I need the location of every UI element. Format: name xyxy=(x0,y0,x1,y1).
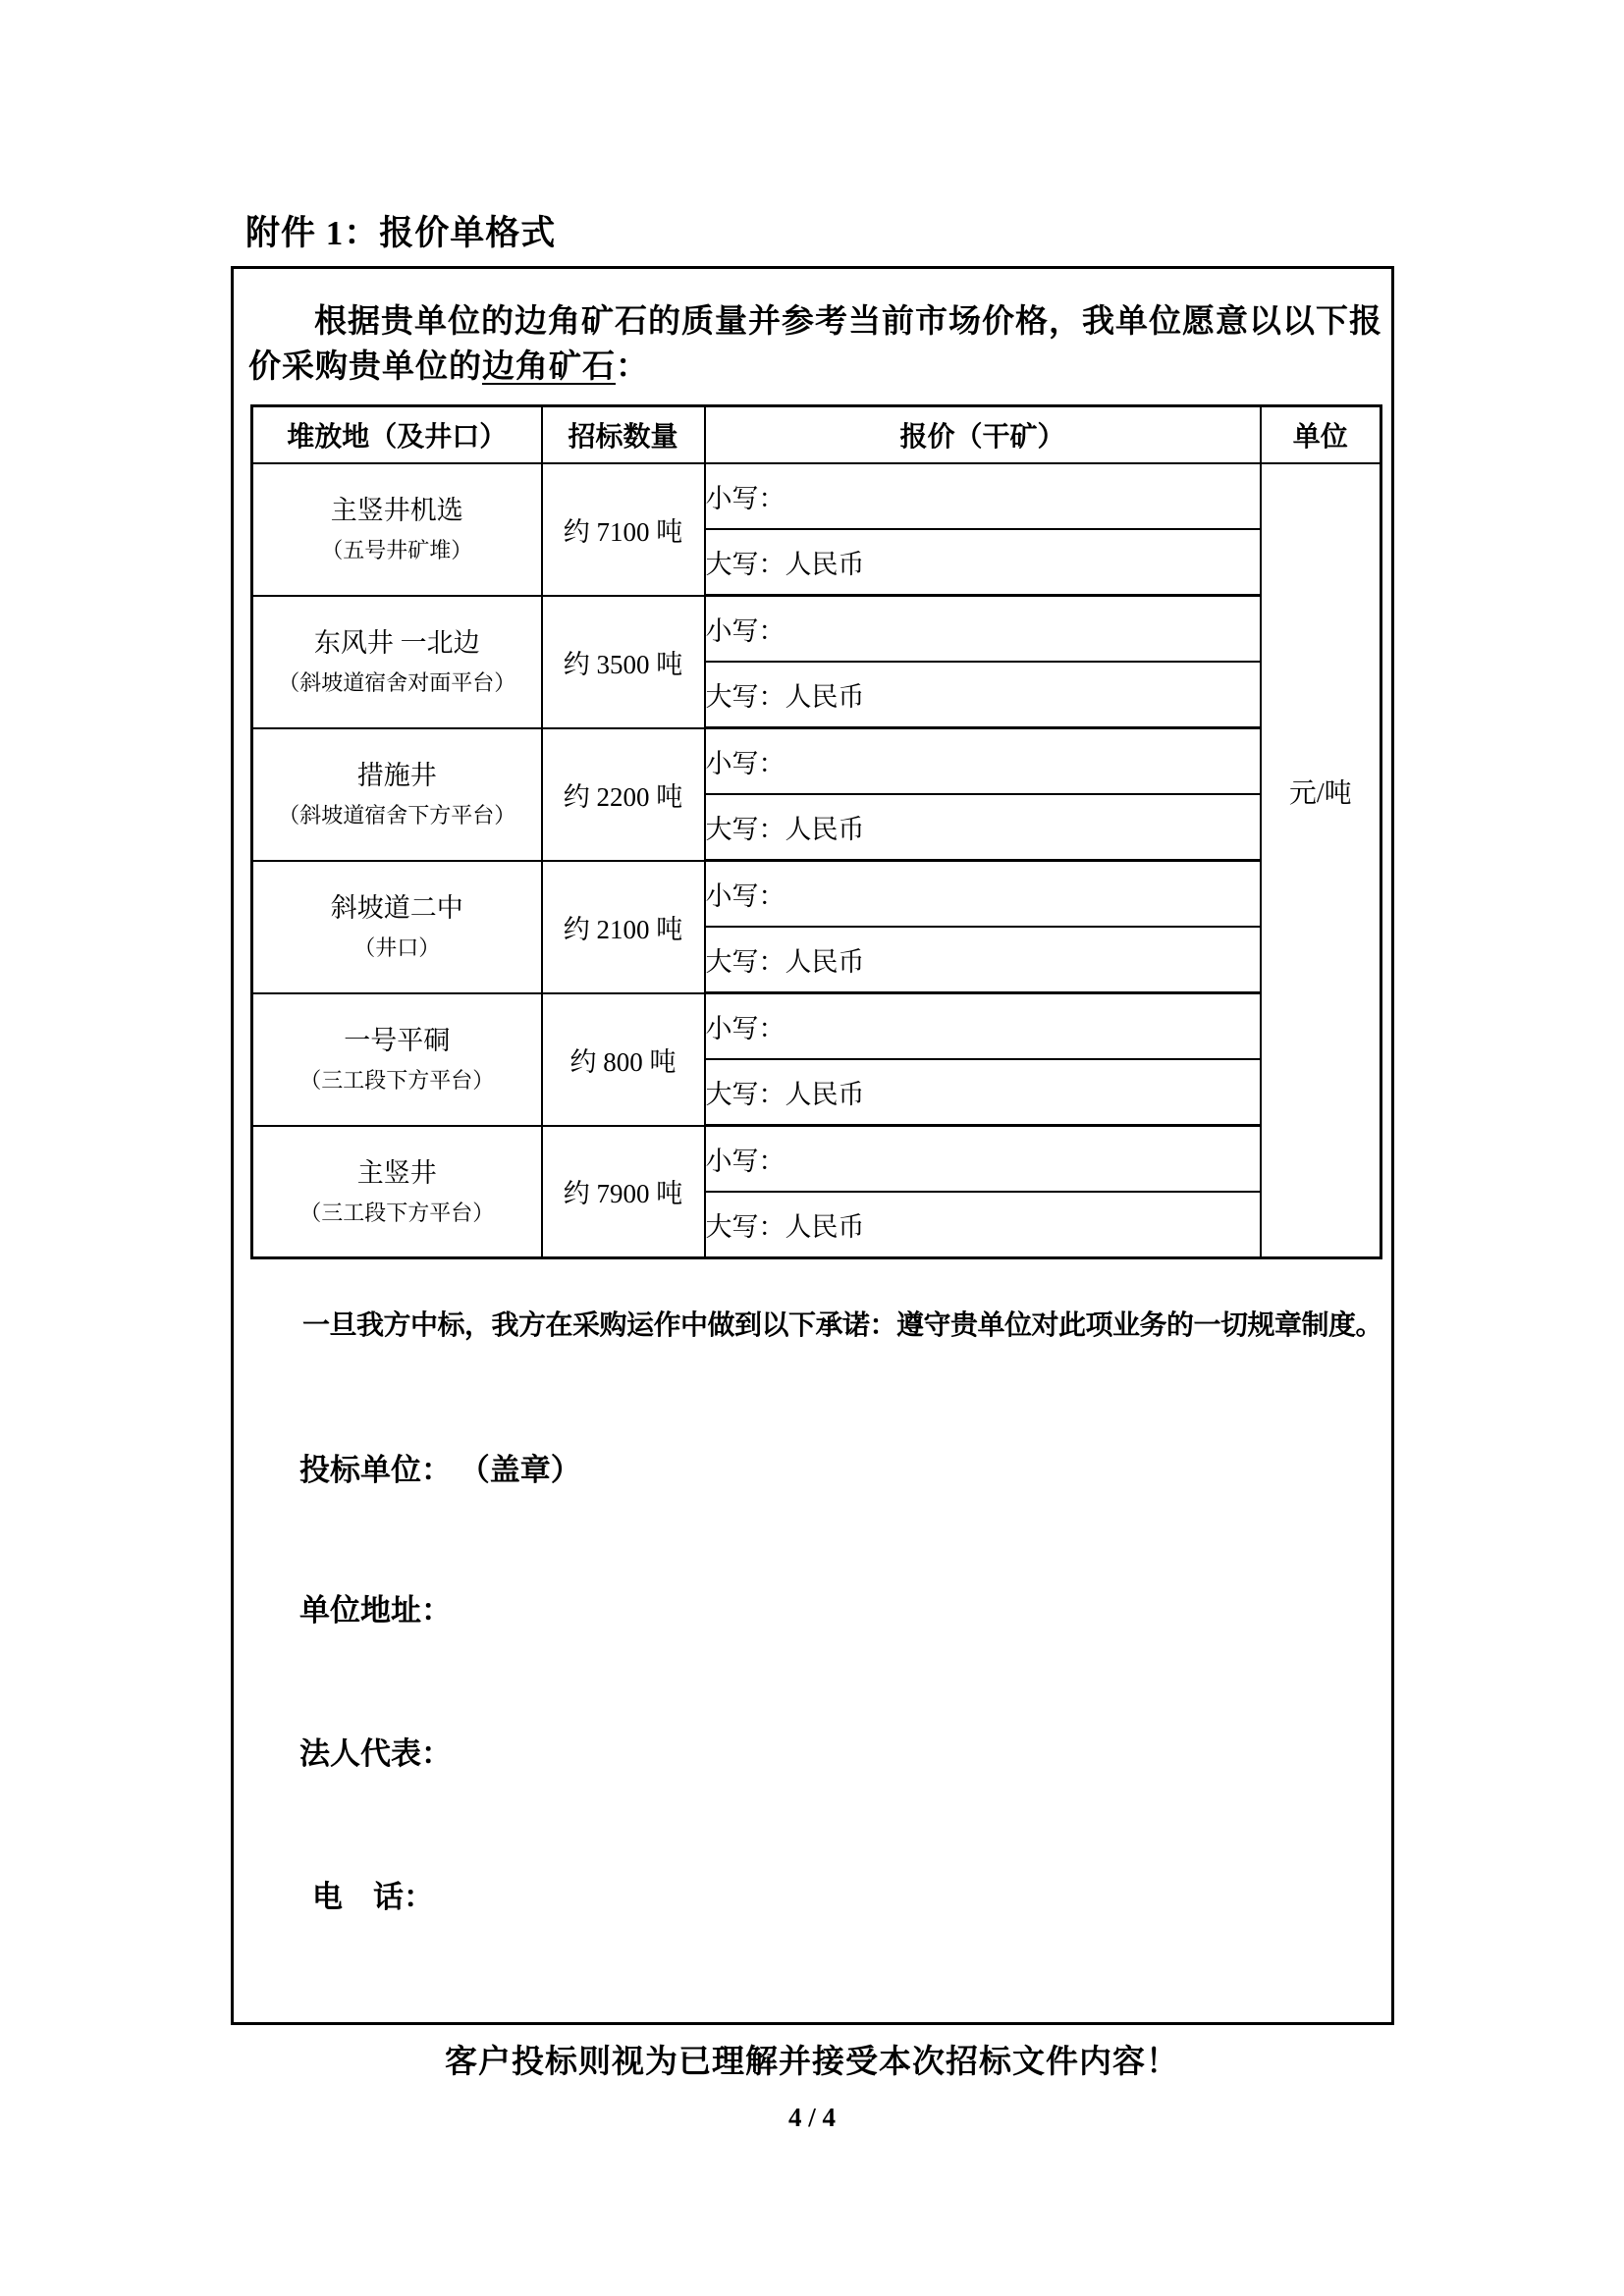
location-cell: 一号平硐 （三工段下方平台） xyxy=(252,993,542,1126)
location-sub-name: （斜坡道宿舍对面平台） xyxy=(253,669,541,697)
quantity-cell: 约 2200 吨 xyxy=(542,728,705,861)
unit-cell: 元/吨 xyxy=(1261,463,1381,1258)
price-small-cell: 小写： xyxy=(705,1126,1261,1192)
location-cell: 斜坡道二中 （井口） xyxy=(252,861,542,993)
footer-note: 客户投标则视为已理解并接受本次招标文件内容！ xyxy=(0,2036,1624,2082)
price-small-cell: 小写： xyxy=(705,463,1261,529)
location-name: 斜坡道二中 xyxy=(253,891,541,925)
quantity-cell: 约 7900 吨 xyxy=(542,1126,705,1258)
document-page: 附件 1：报价单格式 根据贵单位的边角矿石的质量并参考当前市场价格，我单位愿意以… xyxy=(0,0,1624,2296)
location-name: 一号平硐 xyxy=(253,1024,541,1057)
location-sub-name: （斜坡道宿舍下方平台） xyxy=(253,802,541,829)
intro-underlined-term: 边角矿石 xyxy=(482,349,616,385)
quantity-cell: 约 800 吨 xyxy=(542,993,705,1126)
table-row: 措施井 （斜坡道宿舍下方平台） 约 2200 吨 小写： xyxy=(252,728,1381,794)
legal-rep-field-label: 法人代表： xyxy=(299,1729,452,1773)
location-name: 主竖井机选 xyxy=(253,494,541,527)
location-name: 措施井 xyxy=(253,759,541,792)
location-sub-name: （井口） xyxy=(253,934,541,962)
phone-field-label: 电 话： xyxy=(312,1872,434,1916)
price-small-cell: 小写： xyxy=(705,993,1261,1059)
location-name: 东风井 一北边 xyxy=(253,626,541,660)
location-cell: 东风井 一北边 （斜坡道宿舍对面平台） xyxy=(252,596,542,728)
table-row: 东风井 一北边 （斜坡道宿舍对面平台） 约 3500 吨 小写： xyxy=(252,596,1381,662)
unit-value: 元/吨 xyxy=(1289,772,1352,811)
intro-line2-prefix: 价采购贵单位的 xyxy=(248,349,482,385)
price-large-cell: 大写：人民币 xyxy=(705,1192,1261,1258)
commitment-paragraph: 一旦我方中标，我方在采购运作中做到以下承诺：遵守贵单位对此项业务的一切规章制度。 xyxy=(302,1304,1382,1343)
header-quantity: 招标数量 xyxy=(542,406,705,463)
intro-paragraph-line2: 价采购贵单位的边角矿石： xyxy=(248,341,649,387)
location-sub-name: （三工段下方平台） xyxy=(253,1067,541,1095)
table-row: 一号平硐 （三工段下方平台） 约 800 吨 小写： xyxy=(252,993,1381,1059)
price-large-cell: 大写：人民币 xyxy=(705,529,1261,596)
quantity-cell: 约 3500 吨 xyxy=(542,596,705,728)
price-large-cell: 大写：人民币 xyxy=(705,927,1261,993)
page-number: 4 / 4 xyxy=(0,2103,1624,2133)
table-row: 主竖井 （三工段下方平台） 约 7900 吨 小写： xyxy=(252,1126,1381,1192)
price-large-cell: 大写：人民币 xyxy=(705,662,1261,728)
intro-line2-suffix: ： xyxy=(616,349,649,385)
location-sub-name: （五号井矿堆） xyxy=(253,537,541,564)
price-large-cell: 大写：人民币 xyxy=(705,794,1261,861)
price-small-cell: 小写： xyxy=(705,861,1261,927)
quantity-cell: 约 2100 吨 xyxy=(542,861,705,993)
location-cell: 主竖井 （三工段下方平台） xyxy=(252,1126,542,1258)
table-row: 主竖井机选 （五号井矿堆） 约 7100 吨 小写： 元/吨 xyxy=(252,463,1381,529)
table-header-row: 堆放地（及井口） 招标数量 报价（干矿） 单位 xyxy=(252,406,1381,463)
header-price: 报价（干矿） xyxy=(705,406,1261,463)
address-field-label: 单位地址： xyxy=(299,1585,452,1629)
quantity-cell: 约 7100 吨 xyxy=(542,463,705,596)
header-location: 堆放地（及井口） xyxy=(252,406,542,463)
price-small-cell: 小写： xyxy=(705,728,1261,794)
price-small-cell: 小写： xyxy=(705,596,1261,662)
location-cell: 主竖井机选 （五号井矿堆） xyxy=(252,463,542,596)
location-name: 主竖井 xyxy=(253,1156,541,1190)
bidder-field-label: 投标单位： （盖章） xyxy=(299,1445,581,1489)
price-large-cell: 大写：人民币 xyxy=(705,1059,1261,1126)
table-row: 斜坡道二中 （井口） 约 2100 吨 小写： xyxy=(252,861,1381,927)
quotation-table: 堆放地（及井口） 招标数量 报价（干矿） 单位 主竖井机选 （五号井矿堆） 约 … xyxy=(250,404,1382,1259)
attachment-title: 附件 1：报价单格式 xyxy=(245,206,556,255)
intro-paragraph-line1: 根据贵单位的边角矿石的质量并参考当前市场价格，我单位愿意以以下报 xyxy=(314,295,1382,342)
header-unit: 单位 xyxy=(1261,406,1381,463)
location-sub-name: （三工段下方平台） xyxy=(253,1200,541,1227)
location-cell: 措施井 （斜坡道宿舍下方平台） xyxy=(252,728,542,861)
